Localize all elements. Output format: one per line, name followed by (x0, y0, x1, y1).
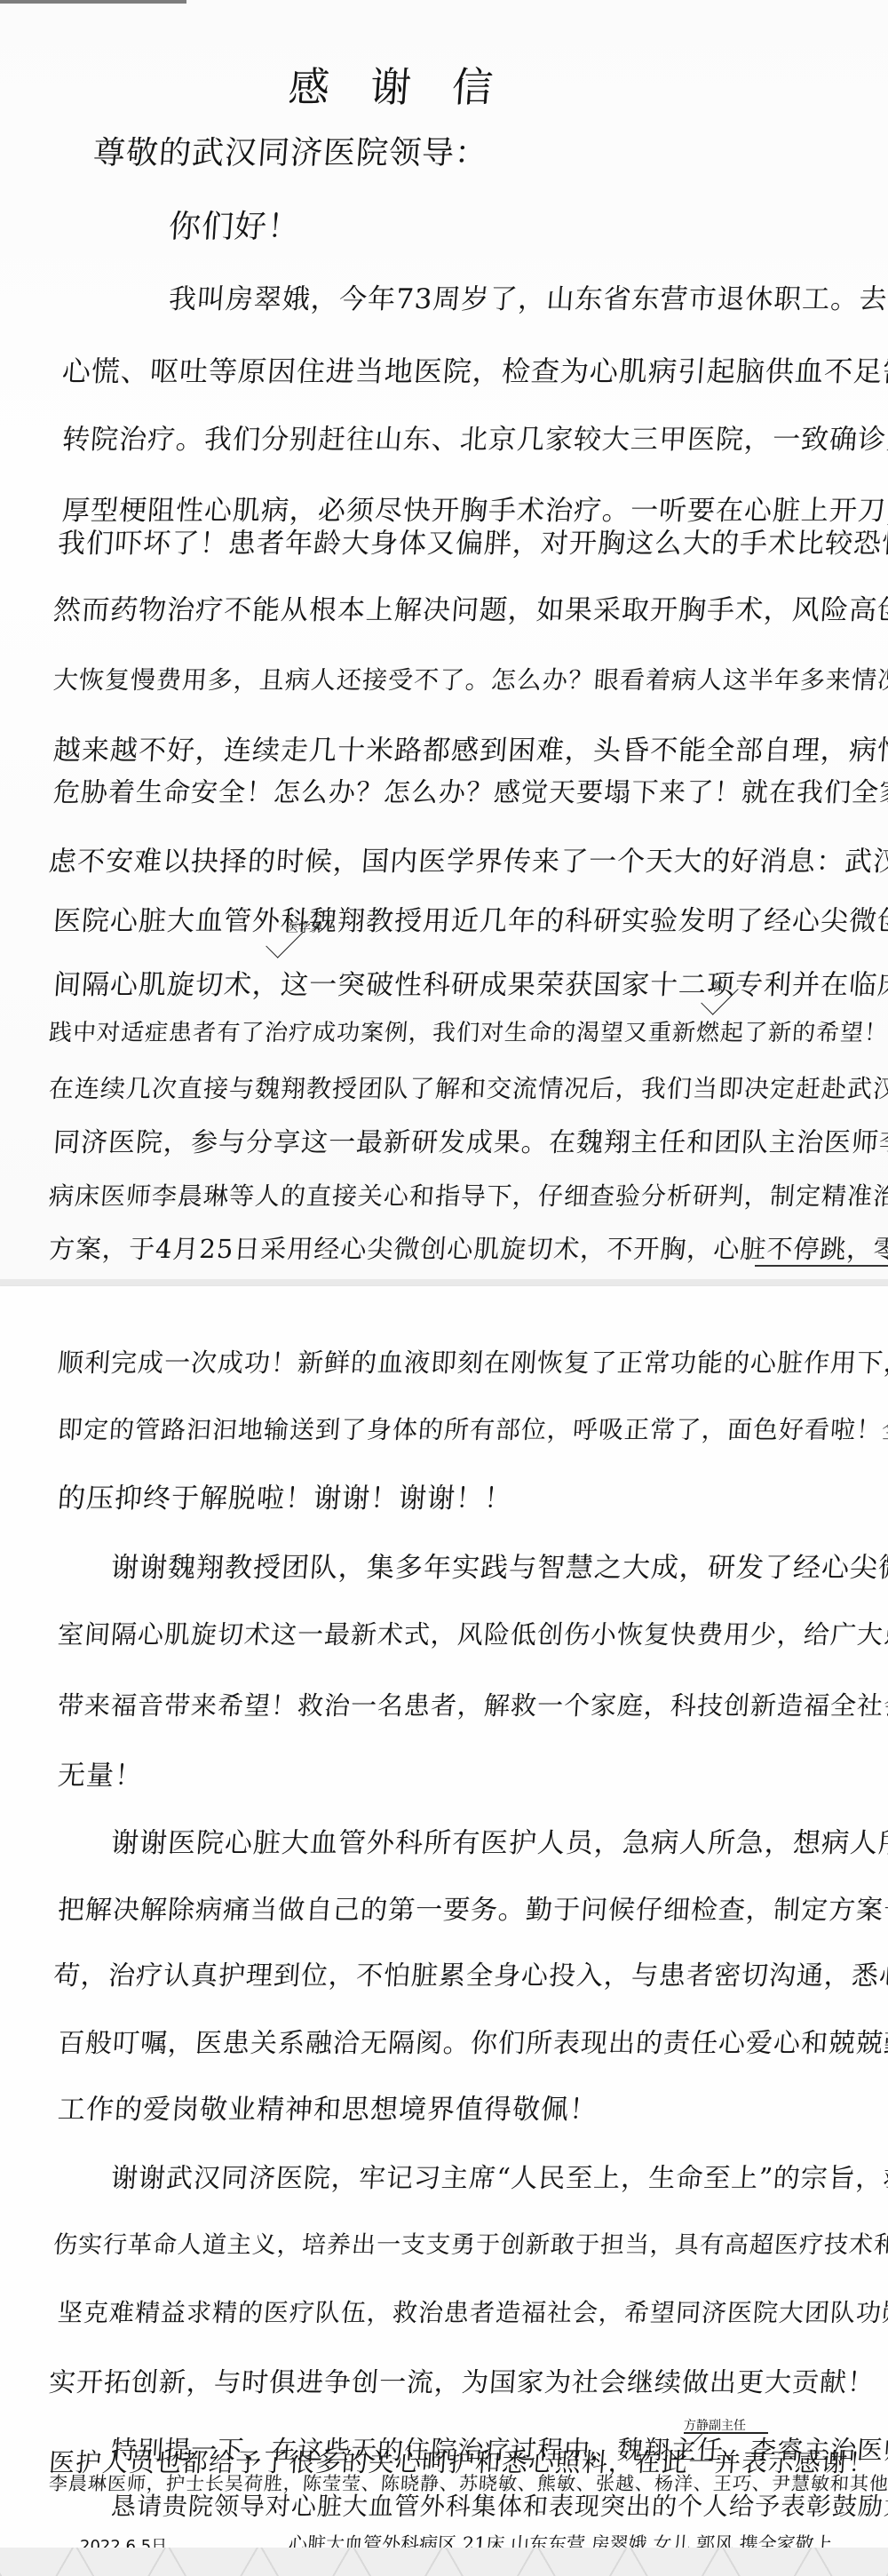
page-edge-shadow (0, 0, 186, 4)
letter-page-1: 感谢信 尊敬的武汉同济医院领导： 你们好！ 我叫房翠娥，今年73周岁了，山东省东… (0, 0, 888, 1279)
letter-line: 然而药物治疗不能从根本上解决问题，如果采取开胸手术，风险高创伤 (52, 597, 888, 624)
letter-line: 的压抑终于解脱啦！谢谢！谢谢！！ (57, 1485, 513, 1513)
letter-page-2: 顺利完成一次成功！新鲜的血液即刻在刚恢复了正常功能的心脏作用下，沿着 即定的管路… (0, 1286, 888, 2550)
letter-line: 在连续几次直接与魏翔教授团队了解和交流情况后，我们当即决定赶赴武汉 (48, 1077, 888, 1101)
letter-line: 带来福音带来希望！救治一名患者，解救一个家庭，科技创新造福全社会功德 (57, 1693, 888, 1719)
letter-line: 医护人员也都给予了很多的关心呵护和悉心照料，在此一并表示感谢！ (48, 2450, 876, 2476)
letter-line: 方案，于4月25日采用经心尖微创心肌旋切术，不开胸，心脏不停跳，零输血， (48, 1236, 888, 1262)
letter-line: 践中对适症患者有了治疗成功案例，我们对生命的渴望又重新燃起了新的希望！ (48, 1022, 888, 1045)
letter-line: 室间隔心肌旋切术这一最新术式，风险低创伤小恢复快费用少，给广大患者 (57, 1622, 888, 1648)
letter-line: 大恢复慢费用多，且病人还接受不了。怎么办？眼看着病人这半年多来情况 (52, 668, 888, 693)
letter-line: 无量！ (57, 1762, 144, 1790)
letter-line: 我们吓坏了！患者年龄大身体又偏胖，对开胸这么大的手术比较恐惧， (57, 530, 888, 558)
letter-line: 谢谢武汉同济医院，牢记习主席“人民至上，生命至上”的宗旨，救死扶 (110, 2166, 888, 2192)
salutation: 尊敬的武汉同济医院领导： (92, 138, 489, 170)
letter-line: 伤实行革命人道主义，培养出一支支勇于创新敢于担当，具有高超医疗技术和攻 (52, 2233, 888, 2257)
greeting: 你们好！ (168, 211, 302, 243)
letter-line: 恳请贵院领导对心脏大血管外科集体和表现突出的个人给予表彰鼓励为盼！ (110, 2494, 888, 2519)
letter-line: 把解决解除病痛当做自己的第一要务。勤于问候仔细检查，制定方案一丝不 (57, 1897, 888, 1924)
letter-line: 转院治疗。我们分别赶往山东、北京几家较大三甲医院，一致确诊为肥 (61, 426, 888, 454)
letter-title: 感谢信 (287, 67, 535, 107)
letter-line: 即定的管路汩汩地输送到了身体的所有部位，呼吸正常了，面色好看啦！全家人 (57, 1418, 888, 1443)
letter-line: 谢谢魏翔教授团队，集多年实践与智慧之大成，研发了经心尖微创 (110, 1554, 888, 1582)
letter-line: 我叫房翠娥，今年73周岁了，山东省东营市退休职工。去年因头晕、 (168, 286, 888, 314)
letter-line: 顺利完成一次成功！新鲜的血液即刻在刚恢复了正常功能的心脏作用下，沿着 (57, 1350, 888, 1376)
letter-line: 厚型梗阻性心肌病，必须尽快开胸手术治疗。一听要在心脏上开刀，把 (61, 497, 888, 525)
letter-line: 实开拓创新，与时俱进争创一流，为国家为社会继续做出更大贡献！ (48, 2370, 876, 2397)
background-surface (0, 2548, 888, 2576)
letter-line: 越来越不好，连续走几十米路都感到困难，头昏不能全部自理，病情时刻 (52, 737, 888, 765)
letter-line: 虑不安难以抉择的时候，国内医学界传来了一个天大的好消息：武汉同济 (48, 848, 888, 876)
letter-line: 坚克难精益求精的医疗队伍，救治患者造福社会，希望同济医院大团队功勋务 (57, 2301, 888, 2326)
letter-line: 百般叮嘱，医患关系融洽无隔阂。你们所表现出的责任心爱心和兢兢勤奋 (57, 2031, 888, 2057)
letter-line: 间隔心肌旋切术，这一突破性科研成果荣获国家十二项专利并在临床实 (52, 972, 888, 999)
letter-line: 同济医院，参与分享这一最新研发成果。在魏翔主任和团队主治医师李睿、 (52, 1130, 888, 1157)
letter-line: 苟，治疗认真护理到位，不怕脏累全身心投入，与患者密切沟通，悉心照料 (52, 1963, 888, 1990)
letter-line: 心慌、呕吐等原因住进当地医院，检查为心肌病引起脑供血不足需 (61, 357, 888, 386)
letter-line: 医院心脏大血管外科魏翔教授用近几年的科研实验发明了经心尖微创室 (52, 908, 888, 935)
page-divider-line (755, 1265, 888, 1267)
letter-line: 工作的爱岗敬业精神和思想境界值得敬佩！ (57, 2096, 599, 2124)
letter-line: 危胁着生命安全！怎么办？怎么办？感觉天要塌下来了！就在我们全家人焦 (52, 780, 888, 807)
letter-line: 谢谢医院心脏大血管外科所有医护人员，急病人所急，想病人所想， (110, 1830, 888, 1857)
letter-line: 病床医师李晨琳等人的直接关心和指导下，仔细查验分析研判，制定精准治疗 (48, 1184, 888, 1209)
letter-line: 李晨琳医师，护士长吴荷胜，陈莹莹、陈晓静、苏晓敏、熊敏、张越、杨洋、王巧、尹慧敏… (48, 2475, 888, 2493)
